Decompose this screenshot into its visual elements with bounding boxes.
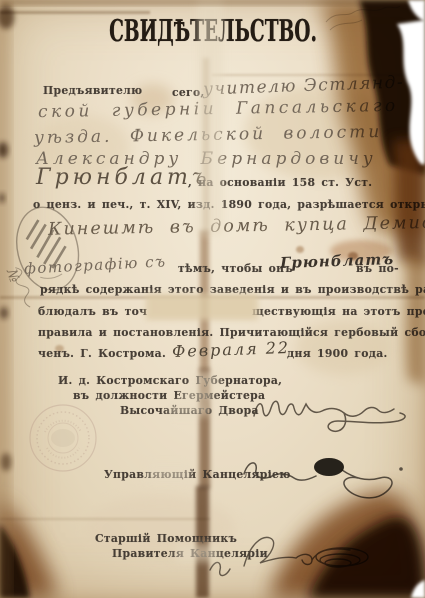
missing-paper-cutouts <box>0 0 425 598</box>
photo-of-certificate: № СВИДѢТЕЛЬСТВО. Предъявителю сего, учит… <box>0 0 425 598</box>
document-paper: № СВИДѢТЕЛЬСТВО. Предъявителю сего, учит… <box>0 0 425 598</box>
